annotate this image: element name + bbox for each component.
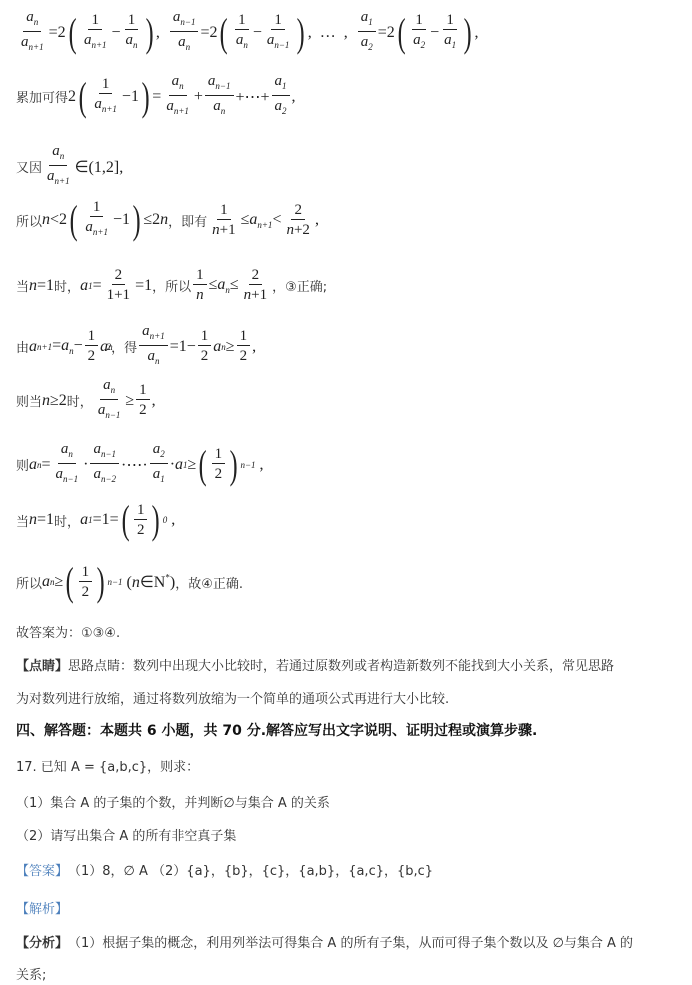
fenxi-text: （1）根据子集的概念，利用列举法可得集合 A 的所有子集，从而可得子集个数以及 … xyxy=(68,932,633,951)
question-17-part-1: （1）集合 A 的子集的个数，并判断∅与集合 A 的关系 xyxy=(16,792,330,811)
equation-line-9: 当 n=1时， a1=1=( 12) 0 , xyxy=(16,500,175,540)
dianjing-label: 【点睛】 xyxy=(16,655,68,674)
equation-line-5: 当 n=1时， a1= 21+1=1 ，所以 1n ≤an≤ 2n+1 ，③正确… xyxy=(16,266,327,305)
equation-line-1: anan+1 =2( 1an+1− 1an ), an−1an =2( 1an−… xyxy=(16,8,478,57)
fenxi-line-2: 关系; xyxy=(16,964,46,983)
section-heading: 四、解答题：本题共 6 小题，共 70 分.解答应写出文字说明、证明过程或演算步… xyxy=(16,720,537,740)
equation-line-2: 累加可得 2( 1an+1−1 )= anan+1+ an−1an+⋯+ a1a… xyxy=(16,72,296,121)
equation-line-3: 又因 anan+1 ∈(1,2], xyxy=(16,142,123,191)
equation-line-8: 则 an= anan−1· an−1an−2·⋯· a2a1· a1≥( 12)… xyxy=(16,440,264,489)
question-17-title: 17. 已知 A = {a,b,c}，则求： xyxy=(16,756,199,775)
fenxi-line-1: 【分析】 （1）根据子集的概念，利用列举法可得集合 A 的所有子集，从而可得子集… xyxy=(16,932,633,951)
dianjing-line-2: 为对数列进行放缩，通过将数列放缩为一个简单的通项公式再进行大小比较. xyxy=(16,688,449,707)
equation-line-4: 所以 n<2( 1an+1−1 )≤2n，即有 1n+1 ≤an+1< 2n+2… xyxy=(16,198,319,242)
answer-label: 【答案】 xyxy=(16,860,68,879)
equation-line-10: 所以 an≥( 12) n−1 (n∈N*) ，故④正确. xyxy=(16,562,243,602)
answer-line: 【答案】 （1）8，∅ A （2）{a}，{b}，{c}，{a,b}，{a,c}… xyxy=(16,860,433,879)
dianjing-line-1: 【点睛】 思路点睛：数列中出现大小比较时，若通过原数列或者构造新数列不能找到大小… xyxy=(16,655,614,674)
answer-text: （1）8，∅ A （2）{a}，{b}，{c}，{a,b}，{a,c}，{b,c… xyxy=(68,860,433,879)
question-17-part-2: （2）请写出集合 A 的所有非空真子集 xyxy=(16,825,236,844)
fenxi-label: 【分析】 xyxy=(16,932,68,951)
equation-line-7: 则当 n≥2时， anan−1 ≥ 12, xyxy=(16,376,156,425)
answer-summary: 故答案为：①③④. xyxy=(16,622,120,641)
dianjing-text: 思路点睛：数列中出现大小比较时，若通过原数列或者构造新数列不能找到大小关系，常见… xyxy=(68,655,614,674)
jiexi-label: 【解析】 xyxy=(16,898,68,917)
equation-line-6: 由 an+1=an− 12 an2 ，得 an+1an =1− 12 an≥ 1… xyxy=(16,322,256,371)
